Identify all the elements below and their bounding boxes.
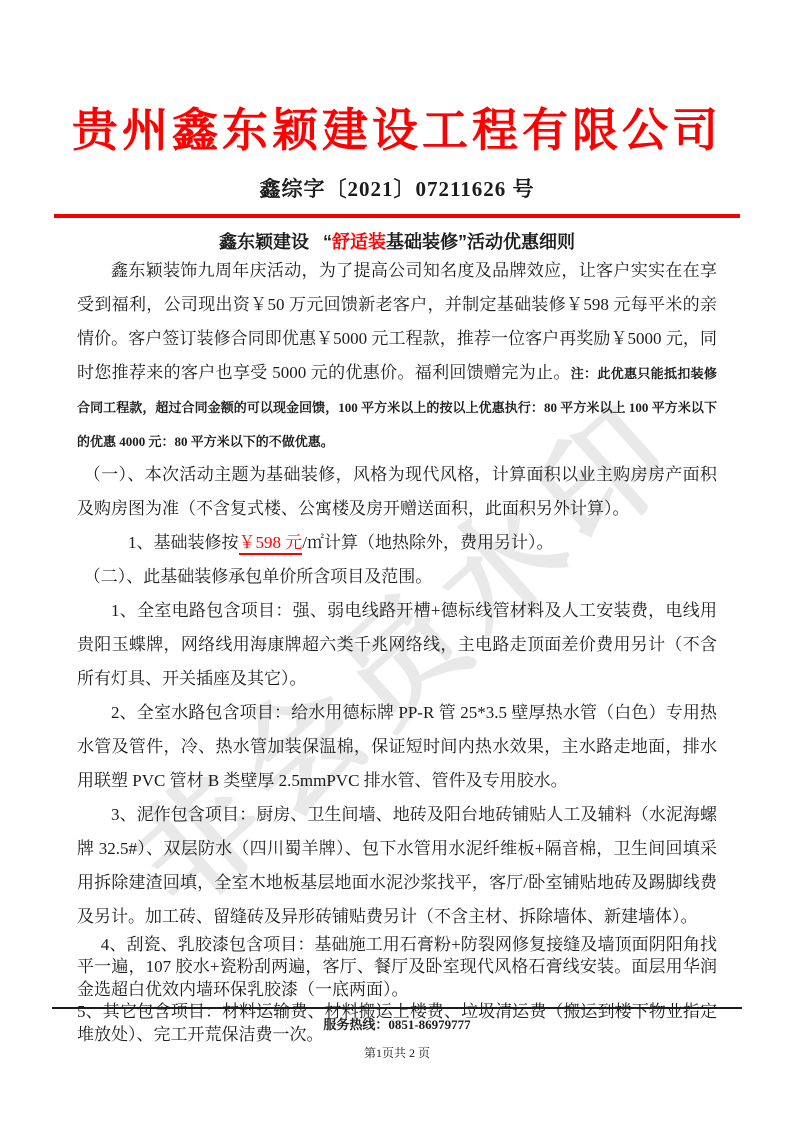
page-number: 第1页共 2 页 xyxy=(0,1044,794,1061)
price-highlight: ￥598 元 xyxy=(239,533,303,555)
red-divider-rule xyxy=(54,214,740,218)
price-after: /㎡计算（地热除外，费用另计）。 xyxy=(302,533,553,552)
paragraph-paint: 4、刮瓷、乳胶漆包含项目：基础施工用石膏粉+防裂网修复接缝及墙顶面阴阳角找平一遍… xyxy=(77,934,717,1001)
heading-highlight: 舒适装 xyxy=(332,232,386,252)
letterhead: 贵州鑫东颖建设工程有限公司 鑫综字〔2021〕07211626 号 xyxy=(0,0,794,218)
paragraph-section-1: （一）、本次活动主题为基础装修，风格为现代风格，计算面积以业主购房房产面积及购房… xyxy=(77,458,717,526)
footer-divider-rule xyxy=(52,1007,742,1009)
paragraph-water: 2、全室水路包含项目：给水用德标牌 PP-R 管 25*3.5 壁厚热水管（白色… xyxy=(77,696,717,798)
heading-rest: 基础装修”活动优惠细则 xyxy=(386,232,575,252)
activity-heading: 鑫东颖建设“舒适装基础装修”活动优惠细则 xyxy=(77,228,717,254)
document-page: 非会员水印 贵州鑫东颖建设工程有限公司 鑫综字〔2021〕07211626 号 … xyxy=(0,0,794,1123)
intro-text: 鑫东颖装饰九周年庆活动，为了提高公司知名度及品牌效应，让客户实实在在享受到福利，… xyxy=(77,261,717,382)
page-footer: 服务热线：0851-86979777 第1页共 2 页 xyxy=(0,1007,794,1061)
price-before: 1、基础装修按 xyxy=(128,533,239,552)
document-body: 鑫东颖建设“舒适装基础装修”活动优惠细则 鑫东颖装饰九周年庆活动，为了提高公司知… xyxy=(0,228,794,1046)
heading-quote-open: “ xyxy=(323,232,332,252)
paragraph-electric: 1、全室电路包含项目：强、弱电线路开槽+德标线管材料及人工安装费，电线用贵阳玉蝶… xyxy=(77,594,717,696)
paragraph-price: 1、基础装修按￥598 元/㎡计算（地热除外，费用另计）。 xyxy=(77,526,717,560)
heading-prefix: 鑫东颖建设 xyxy=(219,232,309,252)
paragraph-section-2: （二）、此基础装修承包单价所含项目及范围。 xyxy=(77,560,717,594)
paragraph-masonry: 3、泥作包含项目：厨房、卫生间墙、地砖及阳台地砖铺贴人工及辅料（水泥海螺牌 32… xyxy=(77,798,717,934)
doc-number: 鑫综字〔2021〕07211626 号 xyxy=(54,173,740,203)
service-hotline: 服务热线：0851-86979777 xyxy=(0,1014,794,1033)
paragraph-intro: 鑫东颖装饰九周年庆活动，为了提高公司知名度及品牌效应，让客户实实在在享受到福利，… xyxy=(77,254,717,458)
company-title: 贵州鑫东颖建设工程有限公司 xyxy=(54,0,740,165)
